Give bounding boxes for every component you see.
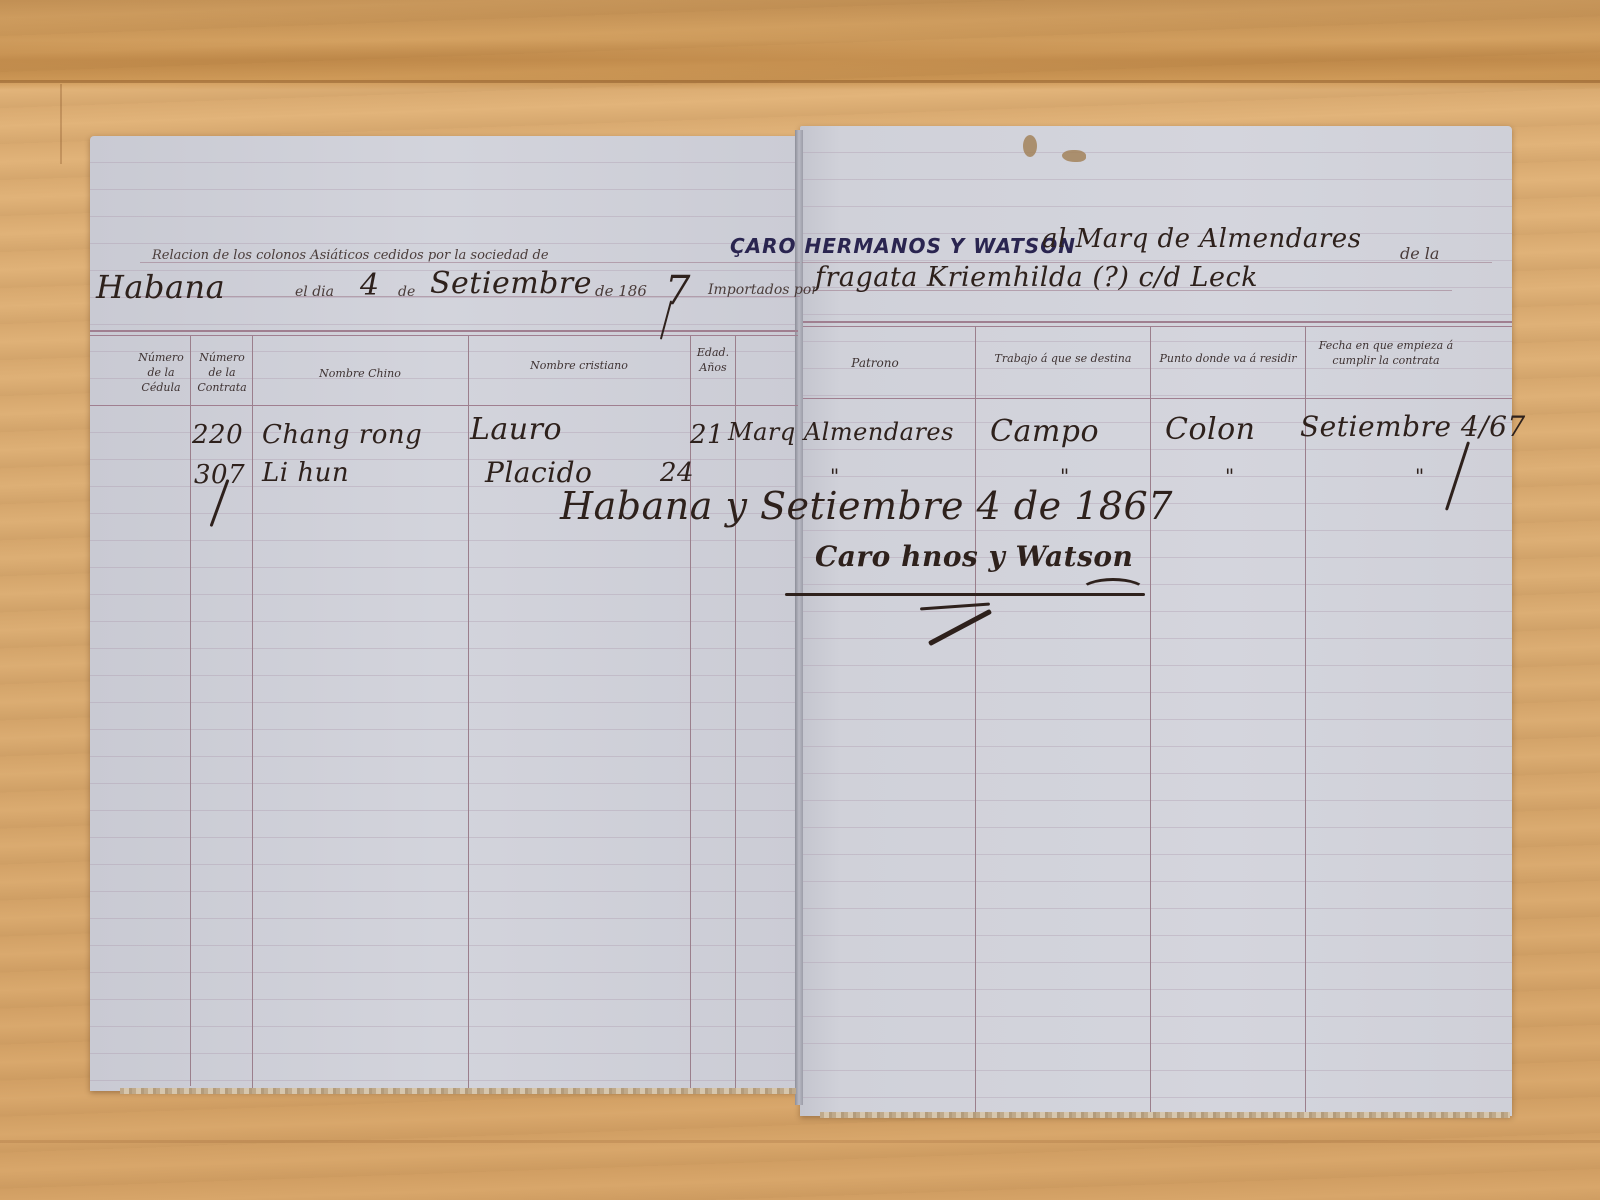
title-printed-suffix: de la <box>1400 244 1439 263</box>
cell-contrata: 220 <box>192 420 243 450</box>
paper-stain <box>1062 150 1086 162</box>
column-divider <box>468 336 469 1088</box>
column-divider <box>252 336 253 1088</box>
header-edad-anos: Edad. Años <box>692 345 734 375</box>
cell-nombre-chino: Li hun <box>262 458 349 488</box>
header-numero-contrata: Número de la Contrata <box>193 350 251 395</box>
header-numero-cedula: Número de la Cédula <box>132 350 190 395</box>
column-divider <box>1150 326 1151 1112</box>
header-trabajo: Trabajo á que se destina <box>976 351 1150 366</box>
header-nombre-chino: Nombre Chino <box>254 366 466 381</box>
cell-fecha: Setiembre 4/67 <box>1300 410 1526 443</box>
table-plank-seam <box>0 80 1600 83</box>
title-year-prefix: de 186 <box>595 282 647 300</box>
paper-stain <box>1023 135 1037 157</box>
torn-edge <box>820 1112 1510 1118</box>
table-header-bottom-rule <box>803 398 1512 399</box>
title-imported-by-label: Importados por <box>708 282 818 298</box>
cell-nombre-cristiano: Lauro <box>470 412 562 447</box>
cell-patrono: Marq Almendares <box>728 418 954 446</box>
column-divider <box>1305 326 1306 1112</box>
torn-edge <box>120 1088 796 1094</box>
handwritten-month: Setiembre <box>430 266 592 301</box>
signature-flourish <box>1080 578 1146 604</box>
table-header-bottom-rule <box>90 405 798 406</box>
closing-place-date: Habana y Setiembre 4 de 1867 <box>560 484 1173 528</box>
cell-punto: Colon <box>1165 412 1256 447</box>
handwritten-city: Habana <box>96 268 225 306</box>
table-top-rule <box>90 335 798 336</box>
column-divider <box>735 336 736 1088</box>
table-top-rule <box>90 330 798 332</box>
handwritten-recipient: al Marq de Almendares <box>1042 224 1362 254</box>
company-stamp: ÇARO HERMANOS Y WATSON <box>730 234 1076 258</box>
title-day-label: el dia <box>295 284 334 300</box>
signature: Caro hnos y Watson <box>815 540 1133 573</box>
handwritten-ship-name: fragata Kriemhilda (?) c/d Leck <box>815 262 1258 293</box>
header-nombre-cristiano: Nombre cristiano <box>470 358 688 373</box>
column-divider <box>190 336 191 1086</box>
cell-punto-ditto: " <box>1225 464 1235 488</box>
cell-edad: 21 <box>690 420 724 450</box>
table-plank-seam-vertical <box>60 84 62 164</box>
table-plank-seam <box>0 1140 1600 1143</box>
table-top-rule <box>803 321 1512 323</box>
title-printed-prefix: Relacion de los colonos Asiáticos cedido… <box>152 248 549 263</box>
header-punto-residir: Punto donde va á residir <box>1151 351 1305 366</box>
table-top-rule <box>803 326 1512 327</box>
cell-fecha-ditto: " <box>1415 464 1425 488</box>
title-de-label: de <box>398 284 415 300</box>
header-patrono: Patrono <box>805 356 945 371</box>
column-divider <box>975 326 976 1112</box>
cell-trabajo: Campo <box>990 414 1099 449</box>
cell-contrata: 307 <box>194 460 245 490</box>
header-fecha-contrata: Fecha en que empieza á cumplir la contra… <box>1306 338 1466 368</box>
handwritten-day: 4 <box>360 268 380 303</box>
book-spine <box>795 130 803 1105</box>
cell-nombre-chino: Chang rong <box>262 420 422 450</box>
